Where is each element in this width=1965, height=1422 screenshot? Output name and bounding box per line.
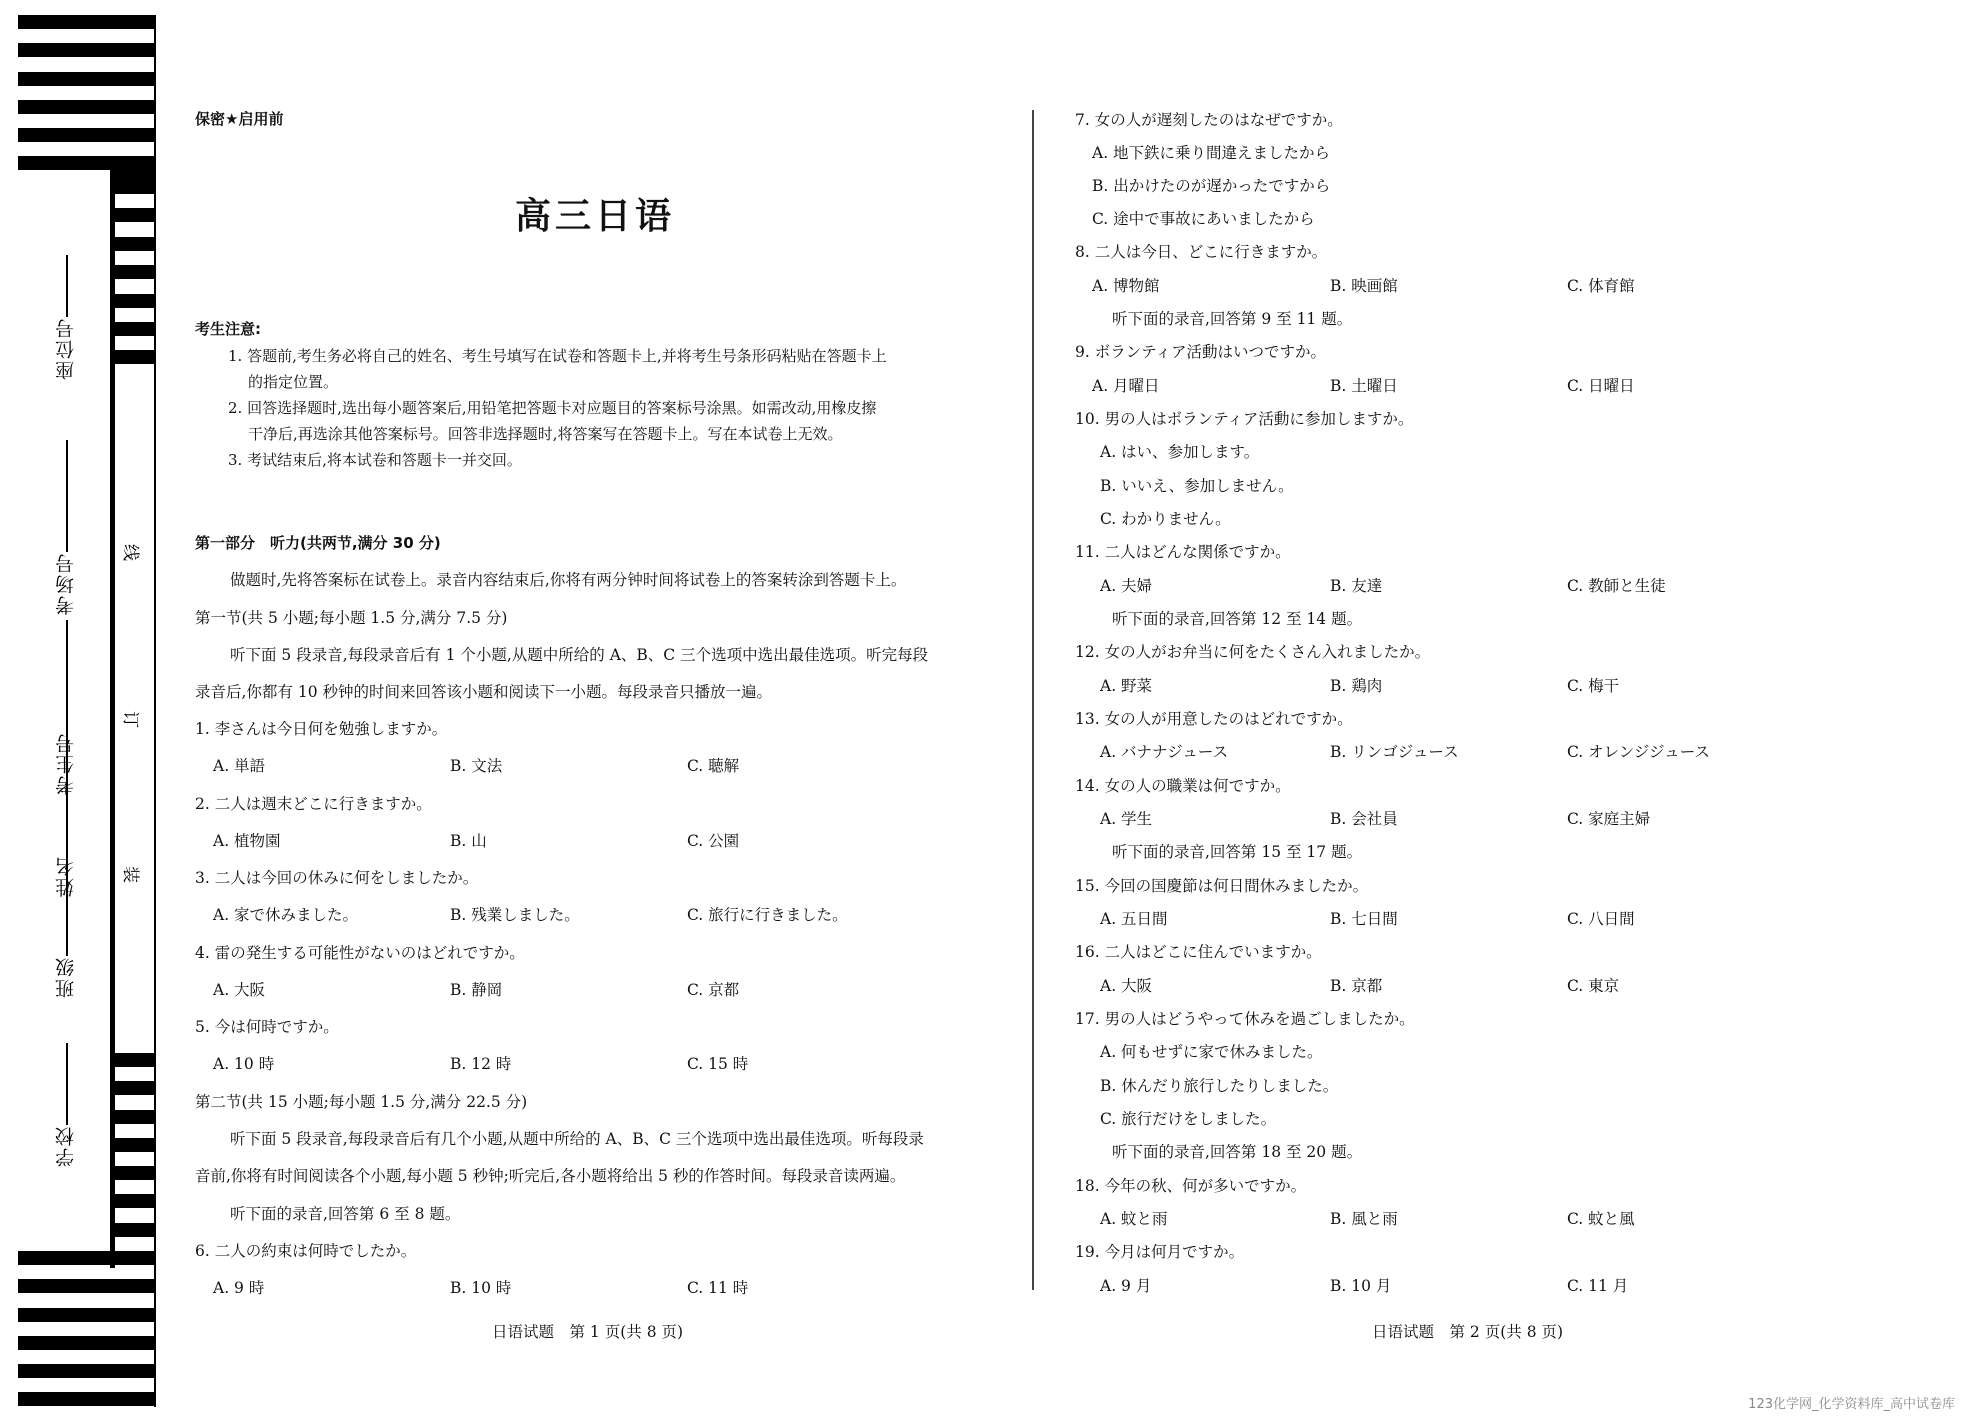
option-14b[interactable]: B. 会社員 (1330, 807, 1398, 829)
confidential-label: 保密★启用前 (195, 108, 283, 129)
question-10: 10. 男の人はボランティア活動に参加しますか。 (1075, 407, 1413, 429)
option-12b[interactable]: B. 鶏肉 (1330, 674, 1382, 696)
option-16b[interactable]: B. 京都 (1330, 974, 1382, 996)
question-13: 13. 女の人が用意したのはどれですか。 (1075, 707, 1353, 729)
section2-intro-cont: 音前,你将有时间阅读各个小题,每小题 5 秒钟;听完后,各小题将给出 5 秒的作… (195, 1164, 905, 1186)
field-label: 座位号 (52, 317, 79, 380)
listen-instruction-18-20: 听下面的录音,回答第 18 至 20 题。 (1112, 1140, 1362, 1162)
notice-list: 1. 答题前,考生务必将自己的姓名、考生号填写在试卷和答题卡上,并将考生号条形码… (228, 343, 998, 473)
notice-item-1: 1. 答题前,考生务必将自己的姓名、考生号填写在试卷和答题卡上,并将考生号条形码… (228, 343, 998, 395)
field-label: 考场号 (52, 552, 79, 615)
fill-line[interactable] (66, 846, 68, 956)
part-intro: 做题时,先将答案标在试卷上。录音内容结束后,你将有两分钟时间将试卷上的答案转涂到… (230, 568, 906, 590)
option-6a[interactable]: A. 9 時 (213, 1276, 264, 1298)
listen-instruction-6-8: 听下面的录音,回答第 6 至 8 题。 (230, 1202, 460, 1224)
section2-heading: 第二节(共 15 小题;每小题 1.5 分,满分 22.5 分) (195, 1090, 527, 1112)
question-3: 3. 二人は今回の休みに何をしましたか。 (195, 866, 478, 888)
option-16c[interactable]: C. 東京 (1567, 974, 1619, 996)
question-17: 17. 男の人はどうやって休みを過ごしましたか。 (1075, 1007, 1415, 1029)
notice-item-2: 2. 回答选择题时,选出每小题答案后,用铅笔把答题卡对应题目的答案标号涂黑。如需… (228, 395, 998, 447)
upper-narrow-stripes (112, 170, 156, 375)
option-6c[interactable]: C. 11 時 (687, 1276, 748, 1298)
question-11: 11. 二人はどんな関係ですか。 (1075, 540, 1291, 562)
field-exam-room[interactable]: 考场号 (52, 440, 79, 615)
option-4a[interactable]: A. 大阪 (213, 978, 265, 1000)
option-12c[interactable]: C. 梅干 (1567, 674, 1619, 696)
notice-heading: 考生注意: (195, 318, 261, 339)
field-label: 班级 (52, 956, 79, 998)
option-5a[interactable]: A. 10 時 (213, 1052, 274, 1074)
option-17b[interactable]: B. 休んだり旅行したりしました。 (1100, 1074, 1338, 1096)
section1-heading: 第一节(共 5 小题;每小题 1.5 分,满分 7.5 分) (195, 606, 507, 628)
option-13b[interactable]: B. リンゴジュース (1330, 740, 1459, 762)
option-10a[interactable]: A. はい、参加します。 (1100, 440, 1259, 462)
option-19b[interactable]: B. 10 月 (1330, 1274, 1391, 1296)
option-1a[interactable]: A. 単語 (213, 754, 265, 776)
question-2: 2. 二人は週末どこに行きますか。 (195, 792, 432, 814)
fill-line[interactable] (66, 1043, 68, 1125)
option-2b[interactable]: B. 山 (450, 829, 487, 851)
question-5: 5. 今は何時ですか。 (195, 1015, 339, 1037)
option-15a[interactable]: A. 五日間 (1100, 907, 1168, 929)
option-7c[interactable]: C. 途中で事故にあいましたから (1092, 207, 1315, 229)
option-13c[interactable]: C. オレンジジュース (1567, 740, 1710, 762)
binding-label-line: 线 (120, 544, 145, 561)
option-10c[interactable]: C. わかりません。 (1100, 507, 1231, 529)
section2-intro: 听下面 5 段录音,每段录音后有几个小题,从题中所给的 A、B、C 三个选项中选… (230, 1127, 924, 1149)
option-11c[interactable]: C. 教師と生徒 (1567, 574, 1666, 596)
binding-margin: 座位号 考场号 考生号 姓名 班级 学校 线 订 装 (0, 0, 170, 1422)
listen-instruction-9-11: 听下面的录音,回答第 9 至 11 题。 (1112, 307, 1352, 329)
top-stripe-block (18, 15, 156, 185)
option-11a[interactable]: A. 夫婦 (1100, 574, 1152, 596)
option-2c[interactable]: C. 公園 (687, 829, 739, 851)
lower-narrow-stripes (112, 1053, 156, 1268)
option-17c[interactable]: C. 旅行だけをしました。 (1100, 1107, 1276, 1129)
option-8c[interactable]: C. 体育館 (1567, 274, 1635, 296)
option-14a[interactable]: A. 学生 (1100, 807, 1152, 829)
option-19c[interactable]: C. 11 月 (1567, 1274, 1628, 1296)
page1-footer: 日语试题 第 1 页(共 8 页) (492, 1320, 683, 1342)
question-4: 4. 雷の発生する可能性がないのはどれですか。 (195, 941, 525, 963)
option-9b[interactable]: B. 土曜日 (1330, 374, 1398, 396)
option-3b[interactable]: B. 残業しました。 (450, 903, 580, 925)
option-19a[interactable]: A. 9 月 (1100, 1274, 1151, 1296)
question-7: 7. 女の人が遅刻したのはなぜですか。 (1075, 108, 1343, 130)
section1-intro-cont: 录音后,你都有 10 秒钟的时间来回答该小题和阅读下一小题。每段录音只播放一遍。 (195, 680, 772, 702)
question-8: 8. 二人は今日、どこに行きますか。 (1075, 240, 1327, 262)
option-13a[interactable]: A. バナナジュース (1100, 740, 1228, 762)
question-15: 15. 今回の国慶節は何日間休みましたか。 (1075, 874, 1368, 896)
question-6: 6. 二人の約束は何時でしたか。 (195, 1239, 416, 1261)
option-10b[interactable]: B. いいえ、参加しません。 (1100, 474, 1294, 496)
option-15c[interactable]: C. 八日間 (1567, 907, 1635, 929)
fill-line[interactable] (66, 720, 68, 855)
option-11b[interactable]: B. 友達 (1330, 574, 1382, 596)
option-1c[interactable]: C. 聴解 (687, 754, 739, 776)
option-3a[interactable]: A. 家で休みました。 (213, 903, 358, 925)
option-4c[interactable]: C. 京都 (687, 978, 739, 1000)
option-3c[interactable]: C. 旅行に行きました。 (687, 903, 848, 925)
question-14: 14. 女の人の職業は何ですか。 (1075, 774, 1291, 796)
question-19: 19. 今月は何月ですか。 (1075, 1240, 1244, 1262)
binding-label-staple: 订 (120, 711, 145, 728)
option-4b[interactable]: B. 静岡 (450, 978, 502, 1000)
option-6b[interactable]: B. 10 時 (450, 1276, 511, 1298)
question-12: 12. 女の人がお弁当に何をたくさん入れましたか。 (1075, 640, 1430, 662)
option-9a[interactable]: A. 月曜日 (1092, 374, 1160, 396)
option-8a[interactable]: A. 博物館 (1092, 274, 1160, 296)
option-1b[interactable]: B. 文法 (450, 754, 502, 776)
field-class[interactable]: 班级 (52, 846, 79, 998)
notice-item-3: 3. 考试结束后,将本试卷和答题卡一并交回。 (228, 447, 998, 473)
option-18c[interactable]: C. 蚊と風 (1567, 1207, 1635, 1229)
field-label: 学校 (52, 1125, 79, 1167)
page-title: 高三日语 (195, 188, 995, 239)
option-7b[interactable]: B. 出かけたのが遅かったですから (1092, 174, 1330, 196)
listen-instruction-15-17: 听下面的录音,回答第 15 至 17 题。 (1112, 840, 1362, 862)
question-1: 1. 李さんは今日何を勉強しますか。 (195, 717, 447, 739)
page-divider (1032, 110, 1034, 1290)
page2-footer: 日语试题 第 2 页(共 8 页) (1372, 1320, 1563, 1342)
section1-intro: 听下面 5 段录音,每段录音后有 1 个小题,从题中所给的 A、B、C 三个选项… (230, 643, 928, 665)
fill-line[interactable] (66, 620, 68, 732)
option-18a[interactable]: A. 蚊と雨 (1100, 1207, 1168, 1229)
option-12a[interactable]: A. 野菜 (1100, 674, 1152, 696)
option-9c[interactable]: C. 日曜日 (1567, 374, 1635, 396)
option-15b[interactable]: B. 七日間 (1330, 907, 1398, 929)
watermark: 123化学网_化学资料库_高中试卷库 (1748, 1393, 1955, 1412)
fill-line[interactable] (66, 255, 68, 317)
field-school[interactable]: 学校 (52, 1043, 79, 1167)
option-7a[interactable]: A. 地下鉄に乗り間違えましたから (1092, 141, 1330, 163)
question-16: 16. 二人はどこに住んでいますか。 (1075, 940, 1322, 962)
option-8b[interactable]: B. 映画館 (1330, 274, 1398, 296)
question-9: 9. ボランティア活動はいつですか。 (1075, 340, 1326, 362)
field-seat-number[interactable]: 座位号 (52, 255, 79, 380)
question-18: 18. 今年の秋、何が多いですか。 (1075, 1174, 1306, 1196)
option-17a[interactable]: A. 何もせずに家で休みました。 (1100, 1040, 1323, 1062)
option-5c[interactable]: C. 15 時 (687, 1052, 748, 1074)
option-14c[interactable]: C. 家庭主婦 (1567, 807, 1650, 829)
part-heading: 第一部分 听力(共两节,满分 30 分) (195, 532, 441, 553)
fill-line[interactable] (66, 440, 68, 552)
option-5b[interactable]: B. 12 時 (450, 1052, 511, 1074)
listen-instruction-12-14: 听下面的录音,回答第 12 至 14 题。 (1112, 607, 1362, 629)
binding-label-bind: 装 (120, 866, 145, 883)
option-18b[interactable]: B. 風と雨 (1330, 1207, 1398, 1229)
bottom-stripe-block (18, 1251, 156, 1411)
option-16a[interactable]: A. 大阪 (1100, 974, 1152, 996)
option-2a[interactable]: A. 植物園 (213, 829, 281, 851)
